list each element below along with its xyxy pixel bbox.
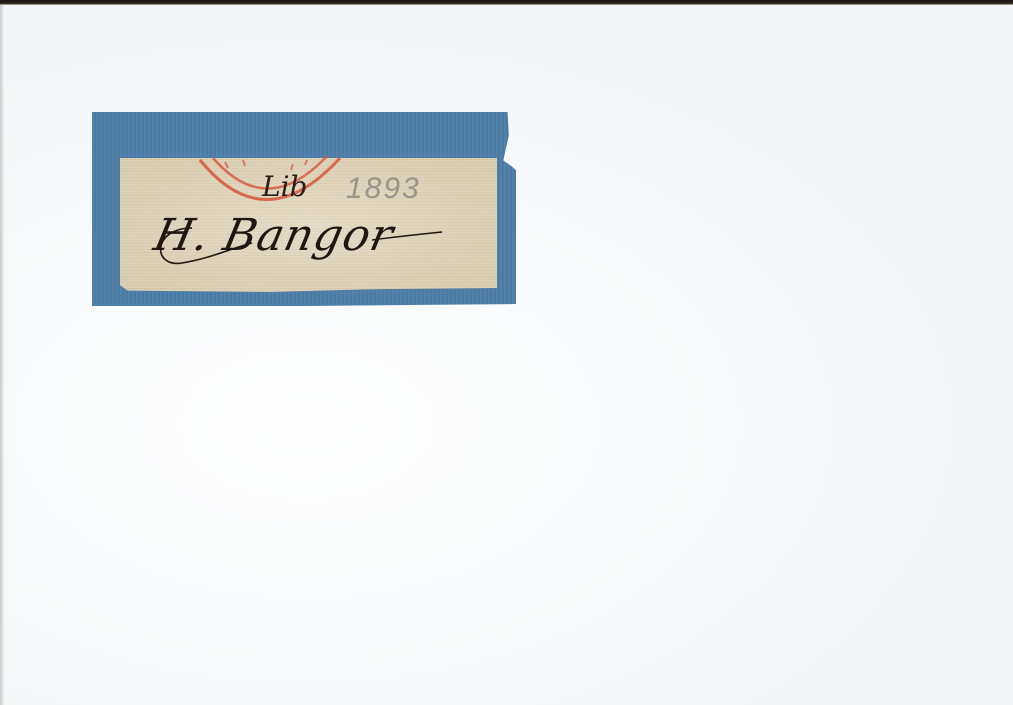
handwritten-signature: H. Bangor: [150, 210, 399, 261]
ink-fragment-text: Lib: [262, 170, 307, 203]
pencil-date-annotation: 1893: [346, 172, 421, 206]
white-card-stock: [4, 5, 1013, 705]
